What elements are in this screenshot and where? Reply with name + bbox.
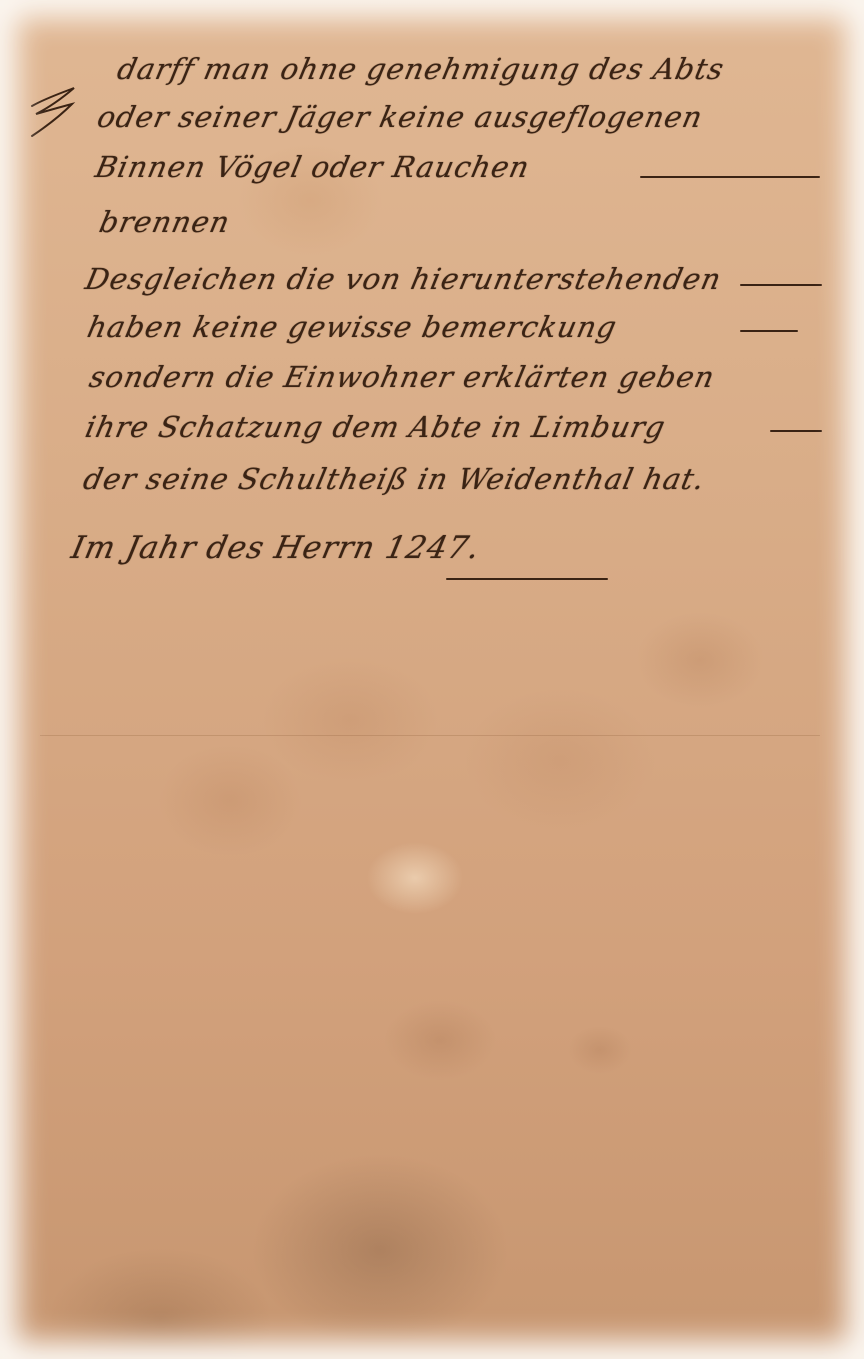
line-end-flourish bbox=[740, 330, 798, 332]
text-line-2: oder seiner Jäger keine ausgeflogenen bbox=[94, 100, 706, 134]
text-line-1: darff man ohne genehmigung des Abts bbox=[114, 52, 727, 86]
margin-annotation-glyph bbox=[28, 84, 78, 140]
text-line-6: haben keine gewisse bemerckung bbox=[84, 310, 620, 344]
text-line-8: ihre Schatzung dem Abte in Limburg bbox=[82, 410, 668, 444]
text-line-4: brennen bbox=[96, 205, 233, 239]
text-line-7: sondern die Einwohner erklärten geben bbox=[86, 360, 718, 394]
text-line-10-date: Im Jahr des Herrn 1247. bbox=[68, 530, 483, 566]
year-underline bbox=[446, 578, 608, 580]
paper-fold-line bbox=[40, 735, 820, 736]
text-line-9: der seine Schultheiß in Weidenthal hat. bbox=[80, 462, 708, 496]
text-line-3: Binnen Vögel oder Rauchen bbox=[92, 150, 533, 184]
line-end-flourish bbox=[770, 430, 822, 432]
text-line-5: Desgleichen die von hierunterstehenden bbox=[82, 262, 724, 296]
manuscript-page: darff man ohne genehmigung des Abts oder… bbox=[0, 0, 864, 1359]
line-end-flourish bbox=[640, 176, 820, 178]
line-end-flourish bbox=[740, 284, 822, 286]
scan-vignette bbox=[0, 0, 864, 1359]
